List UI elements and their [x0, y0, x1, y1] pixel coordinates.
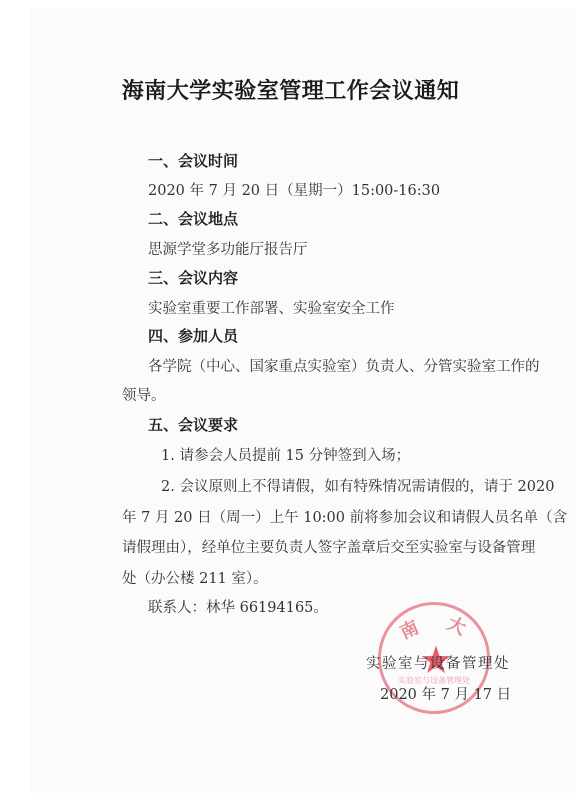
section-heading-time: 一、会议时间 [148, 150, 238, 171]
requirement-2-line-4: 处（办公楼 211 室）。 [122, 567, 268, 588]
meeting-content: 实验室重要工作部署、实验室安全工作 [148, 297, 395, 318]
section-heading-attendees: 四、参加人员 [148, 325, 238, 346]
meeting-location: 思源学堂多功能厅报告厅 [148, 238, 308, 259]
requirement-2-line-1: 2. 会议原则上不得请假，如有特殊情况需请假的，请于 2020 [161, 475, 554, 496]
requirement-2-line-3: 请假理由），经单位主要负责人签字盖章后交至实验室与设备管理 [122, 536, 535, 557]
document-page [30, 8, 575, 793]
section-heading-content: 三、会议内容 [148, 267, 238, 288]
issue-date: 2020 年 7 月 17 日 [380, 683, 511, 704]
section-heading-location: 二、会议地点 [148, 208, 238, 229]
section-heading-requirements: 五、会议要求 [148, 414, 238, 435]
attendees-line-1: 各学院（中心、国家重点实验室）负责人、分管实验室工作的 [148, 355, 540, 376]
requirement-2-line-2: 年 7 月 20 日（周一）上午 10:00 前将参加会议和请假人员名单（含 [122, 506, 567, 527]
attendees-line-2: 领导。 [122, 384, 166, 405]
requirement-1: 1. 请参会人员提前 15 分钟签到入场； [161, 444, 410, 465]
issuer-name: 实验室与设备管理处 [366, 652, 510, 673]
document-title: 海南大学实验室管理工作会议通知 [0, 74, 581, 105]
meeting-time: 2020 年 7 月 20 日（星期一）15:00-16:30 [148, 179, 440, 200]
contact-info: 联系人：林华 66194165。 [148, 596, 328, 617]
